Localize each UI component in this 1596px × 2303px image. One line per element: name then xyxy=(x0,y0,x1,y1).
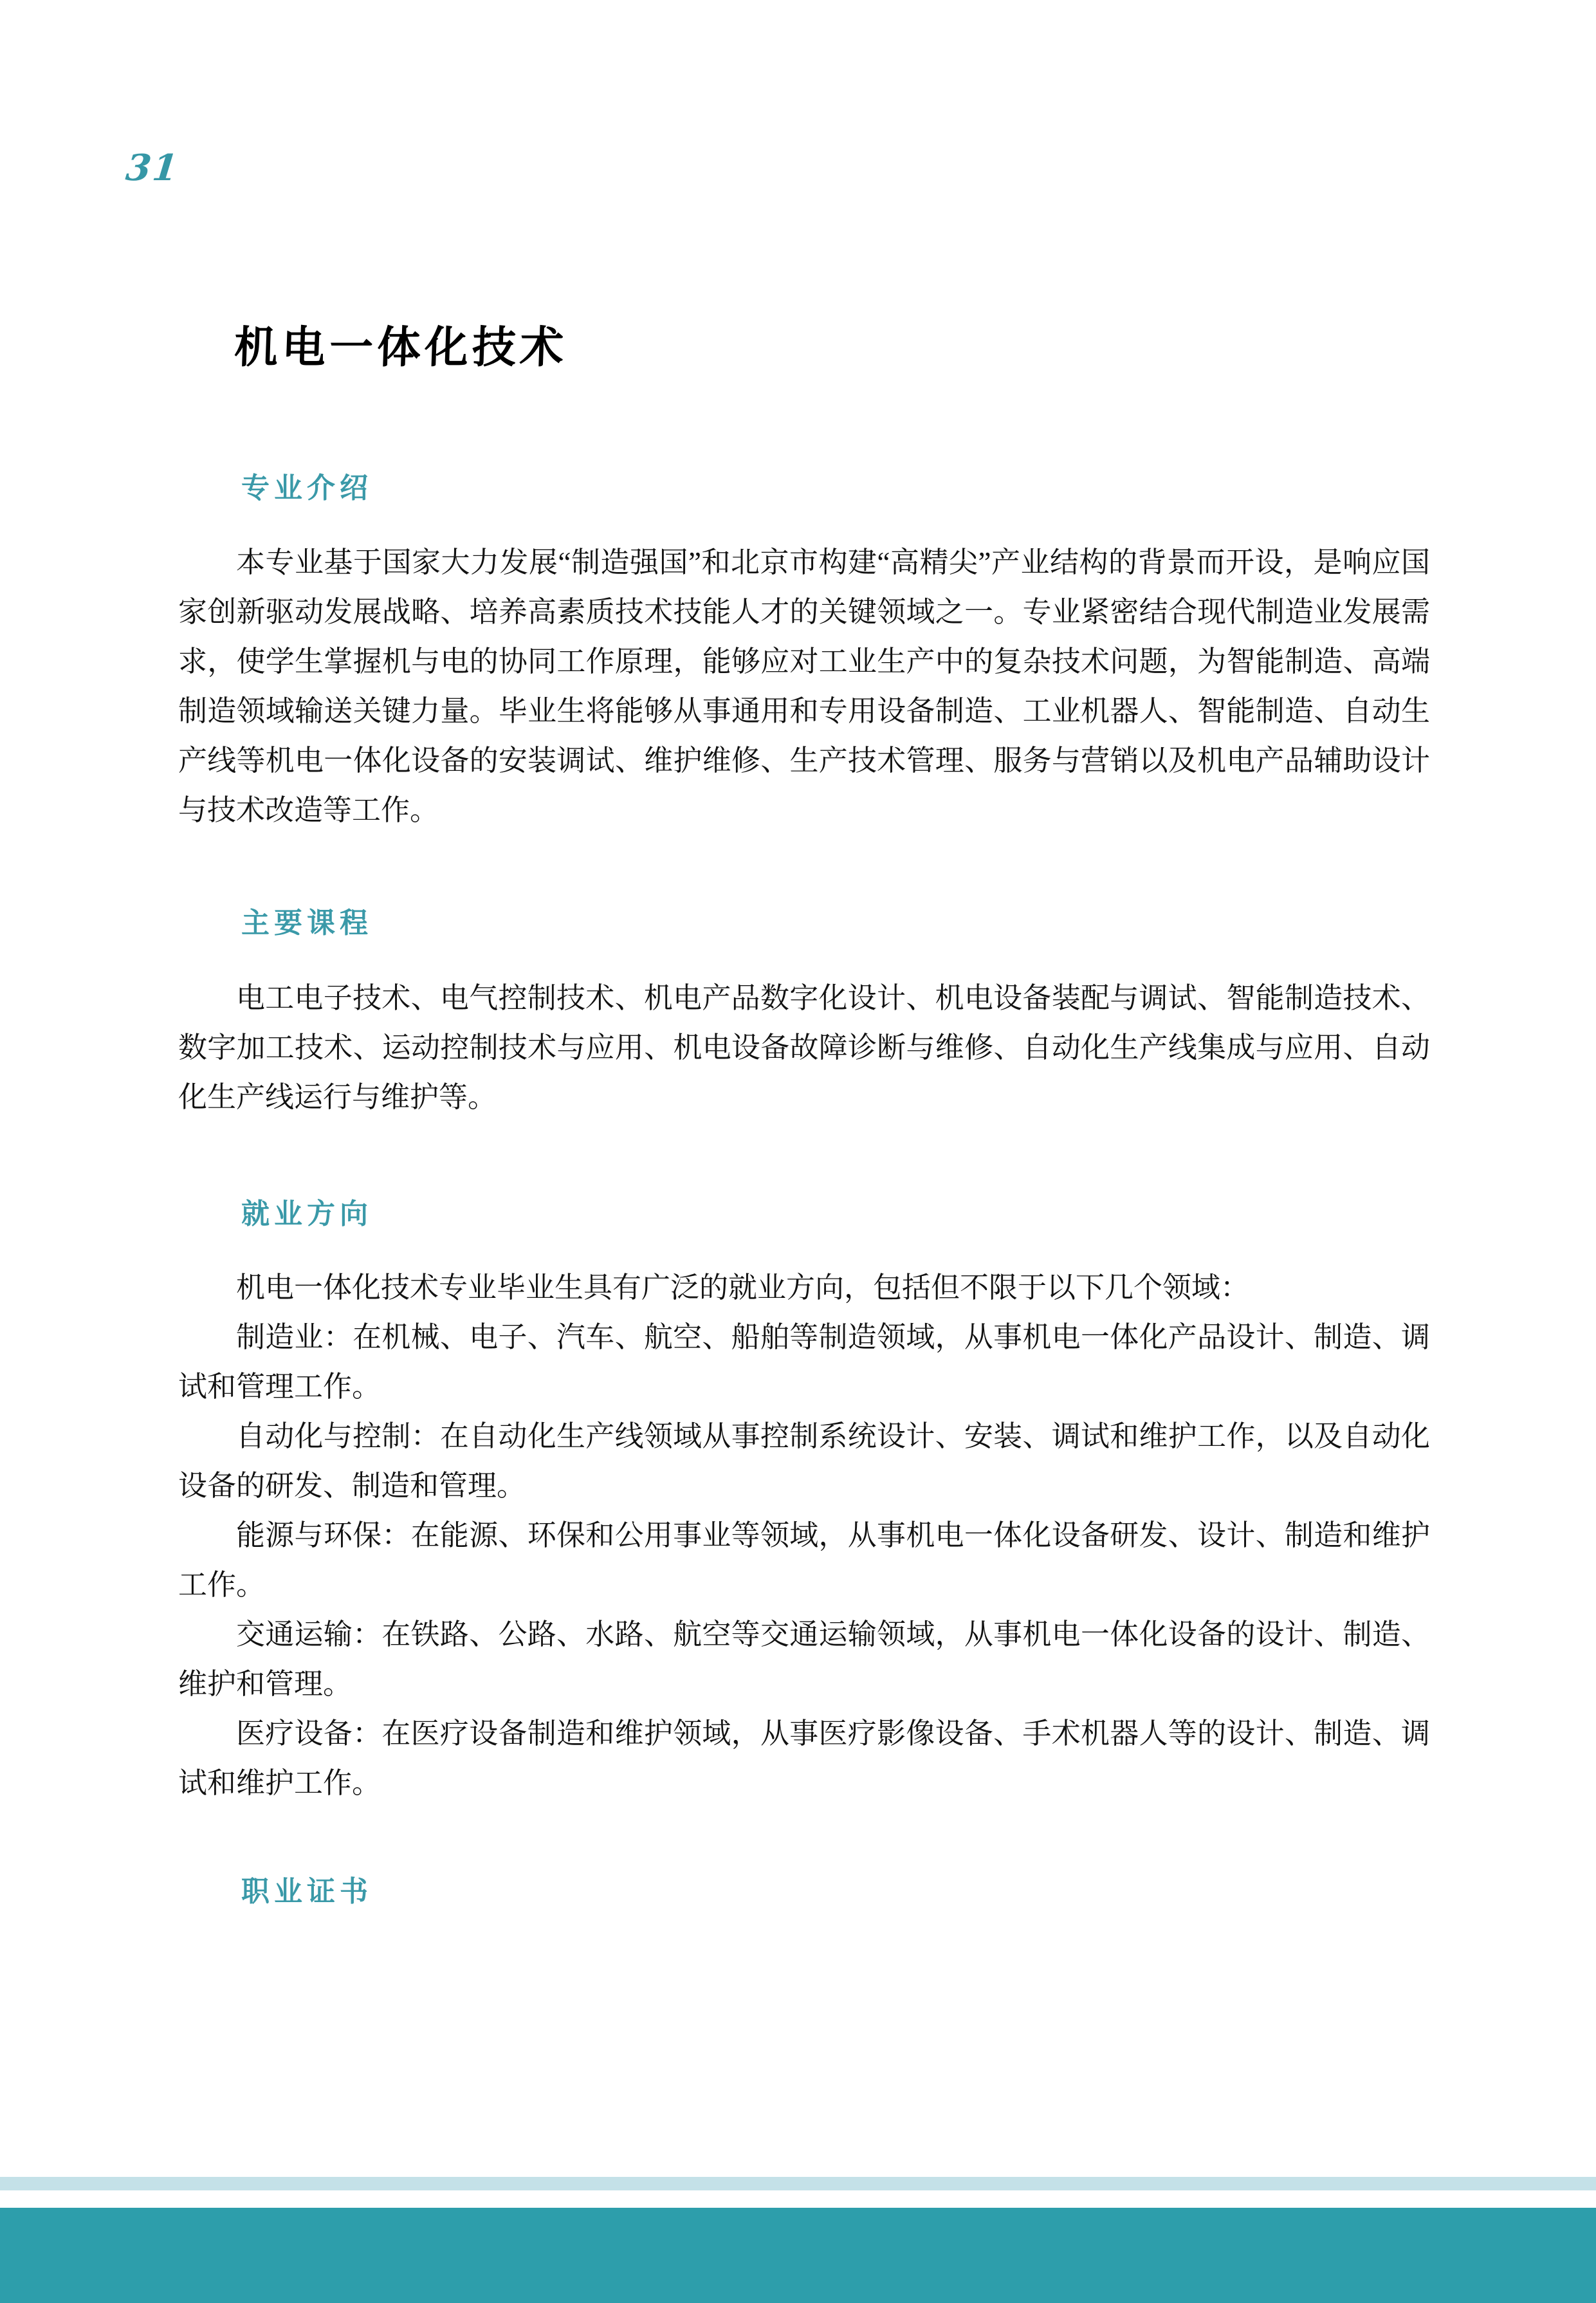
body-paragraph: 自动化与控制：在自动化生产线领域从事控制系统设计、安装、调试和维护工作，以及自动… xyxy=(178,1412,1430,1511)
body-paragraph: 电工电子技术、电气控制技术、机电产品数字化设计、机电设备装配与调试、智能制造技术… xyxy=(178,974,1430,1122)
body-paragraph: 本专业基于国家大力发展“制造强国”和北京市构建“高精尖”产业结构的背景而开设，是… xyxy=(178,538,1430,835)
section-heading-major-introduction: 专业介绍 xyxy=(241,472,372,505)
document-page: 31 机电一体化技术 专业介绍 本专业基于国家大力发展“制造强国”和北京市构建“… xyxy=(0,0,1596,2303)
page-title: 机电一体化技术 xyxy=(234,320,569,375)
section-body-main-courses: 电工电子技术、电气控制技术、机电产品数字化设计、机电设备装配与调试、智能制造技术… xyxy=(178,974,1430,1122)
section-heading-employment-directions: 就业方向 xyxy=(241,1198,372,1231)
section-heading-main-courses: 主要课程 xyxy=(241,907,372,940)
body-paragraph: 机电一体化技术专业毕业生具有广泛的就业方向，包括但不限于以下几个领域： xyxy=(178,1263,1430,1313)
page-number: 31 xyxy=(124,147,181,189)
section-body-employment-directions: 机电一体化技术专业毕业生具有广泛的就业方向，包括但不限于以下几个领域：制造业：在… xyxy=(178,1263,1430,1808)
section-heading-professional-certificates: 职业证书 xyxy=(241,1875,372,1909)
body-paragraph: 医疗设备：在医疗设备制造和维护领域，从事医疗影像设备、手术机器人等的设计、制造、… xyxy=(178,1709,1430,1808)
section-body-major-introduction: 本专业基于国家大力发展“制造强国”和北京市构建“高精尖”产业结构的背景而开设，是… xyxy=(178,538,1430,835)
footer-band-dark xyxy=(0,2208,1596,2303)
body-paragraph: 能源与环保：在能源、环保和公用事业等领域，从事机电一体化设备研发、设计、制造和维… xyxy=(178,1511,1430,1610)
footer-band-light xyxy=(0,2177,1596,2190)
body-paragraph: 交通运输：在铁路、公路、水路、航空等交通运输领域，从事机电一体化设备的设计、制造… xyxy=(178,1610,1430,1709)
body-paragraph: 制造业：在机械、电子、汽车、航空、船舶等制造领域，从事机电一体化产品设计、制造、… xyxy=(178,1313,1430,1412)
